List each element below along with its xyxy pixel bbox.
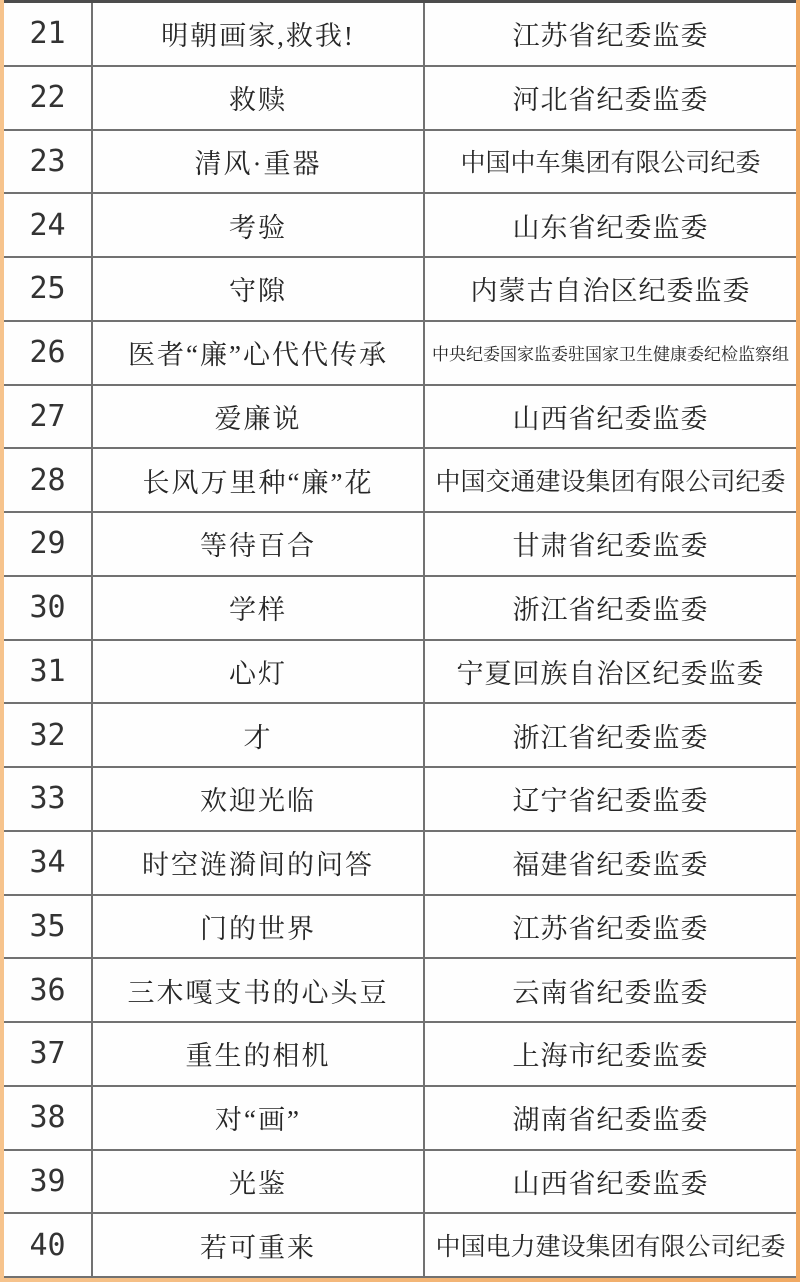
submitting-org: 云南省纪委监委 bbox=[513, 971, 709, 1010]
row-number-cell: 26 bbox=[4, 322, 93, 384]
work-title: 长风万里种“廉”花 bbox=[143, 461, 374, 500]
work-title-cell: 等待百合 bbox=[93, 513, 425, 575]
submitting-org: 浙江省纪委监委 bbox=[513, 588, 709, 627]
row-number-cell: 31 bbox=[4, 641, 93, 703]
work-title-cell: 欢迎光临 bbox=[93, 768, 425, 830]
submitting-org: 江苏省纪委监委 bbox=[513, 907, 709, 946]
submitting-org-cell: 中央纪委国家监委驻国家卫生健康委纪检监察组 bbox=[425, 322, 796, 384]
submitting-org-cell: 浙江省纪委监委 bbox=[425, 577, 796, 639]
row-number: 40 bbox=[29, 1228, 65, 1263]
work-title: 明朝画家,救我! bbox=[161, 14, 355, 53]
row-number: 39 bbox=[29, 1164, 65, 1199]
submitting-org-cell: 福建省纪委监委 bbox=[425, 832, 796, 894]
submitting-org-cell: 内蒙古自治区纪委监委 bbox=[425, 258, 796, 320]
submitting-org-cell: 云南省纪委监委 bbox=[425, 959, 796, 1021]
submitting-org-cell: 山西省纪委监委 bbox=[425, 386, 796, 448]
table-row: 23 清风·重器 中国中车集团有限公司纪委 bbox=[4, 131, 796, 195]
row-number-cell: 35 bbox=[4, 896, 93, 958]
submitting-org-cell: 湖南省纪委监委 bbox=[425, 1087, 796, 1149]
work-title-cell: 时空涟漪间的问答 bbox=[93, 832, 425, 894]
row-number-cell: 23 bbox=[4, 131, 93, 193]
work-title: 清风·重器 bbox=[195, 142, 322, 181]
table-row: 22 救赎 河北省纪委监委 bbox=[4, 67, 796, 131]
row-number-cell: 28 bbox=[4, 449, 93, 511]
work-title: 学样 bbox=[229, 588, 287, 627]
submitting-org-cell: 河北省纪委监委 bbox=[425, 67, 796, 129]
row-number-cell: 37 bbox=[4, 1023, 93, 1085]
submitting-org-cell: 山西省纪委监委 bbox=[425, 1151, 796, 1213]
work-title: 守隙 bbox=[229, 269, 287, 308]
table-row: 28 长风万里种“廉”花 中国交通建设集团有限公司纪委 bbox=[4, 449, 796, 513]
work-title: 等待百合 bbox=[200, 524, 316, 563]
work-title: 爱廉说 bbox=[215, 397, 302, 436]
submitting-org-cell: 中国电力建设集团有限公司纪委 bbox=[425, 1214, 796, 1276]
row-number-cell: 36 bbox=[4, 959, 93, 1021]
awards-table-page: 21 明朝画家,救我! 江苏省纪委监委 22 救赎 河北省纪委监委 23 清风·… bbox=[0, 0, 800, 1282]
table-row: 40 若可重来 中国电力建设集团有限公司纪委 bbox=[4, 1214, 796, 1278]
work-title-cell: 考验 bbox=[93, 194, 425, 256]
table-row: 26 医者“廉”心代代传承 中央纪委国家监委驻国家卫生健康委纪检监察组 bbox=[4, 322, 796, 386]
work-title: 救赎 bbox=[229, 78, 287, 117]
row-number: 23 bbox=[29, 144, 65, 179]
table-row: 38 对“画” 湖南省纪委监委 bbox=[4, 1087, 796, 1151]
table-row: 36 三木嘎支书的心头豆 云南省纪委监委 bbox=[4, 959, 796, 1023]
submitting-org: 上海市纪委监委 bbox=[513, 1034, 709, 1073]
submitting-org-cell: 上海市纪委监委 bbox=[425, 1023, 796, 1085]
submitting-org-cell: 甘肃省纪委监委 bbox=[425, 513, 796, 575]
row-number: 36 bbox=[29, 973, 65, 1008]
work-title-cell: 光鉴 bbox=[93, 1151, 425, 1213]
row-number: 31 bbox=[29, 654, 65, 689]
submitting-org: 中国交通建设集团有限公司纪委 bbox=[435, 462, 785, 498]
work-title-cell: 爱廉说 bbox=[93, 386, 425, 448]
row-number: 34 bbox=[29, 845, 65, 880]
row-number: 22 bbox=[29, 80, 65, 115]
row-number: 29 bbox=[29, 526, 65, 561]
work-title-cell: 医者“廉”心代代传承 bbox=[93, 322, 425, 384]
submitting-org: 中国中车集团有限公司纪委 bbox=[460, 143, 760, 179]
work-title-cell: 对“画” bbox=[93, 1087, 425, 1149]
row-number-cell: 33 bbox=[4, 768, 93, 830]
table-row: 25 守隙 内蒙古自治区纪委监委 bbox=[4, 258, 796, 322]
row-number: 30 bbox=[29, 590, 65, 625]
table-row: 35 门的世界 江苏省纪委监委 bbox=[4, 896, 796, 960]
row-number-cell: 40 bbox=[4, 1214, 93, 1276]
submitting-org: 中国电力建设集团有限公司纪委 bbox=[435, 1227, 785, 1263]
work-title: 考验 bbox=[229, 206, 287, 245]
work-title: 欢迎光临 bbox=[200, 779, 316, 818]
row-number-cell: 32 bbox=[4, 704, 93, 766]
row-number-cell: 39 bbox=[4, 1151, 93, 1213]
work-title: 三木嘎支书的心头豆 bbox=[128, 971, 389, 1010]
work-title: 心灯 bbox=[229, 652, 287, 691]
work-title: 若可重来 bbox=[200, 1226, 316, 1265]
submitting-org: 宁夏回族自治区纪委监委 bbox=[457, 652, 765, 691]
submitting-org: 中央纪委国家监委驻国家卫生健康委纪检监察组 bbox=[432, 340, 789, 365]
row-number: 37 bbox=[29, 1036, 65, 1071]
work-title-cell: 才 bbox=[93, 704, 425, 766]
table-row: 33 欢迎光临 辽宁省纪委监委 bbox=[4, 768, 796, 832]
submitting-org-cell: 中国交通建设集团有限公司纪委 bbox=[425, 449, 796, 511]
row-number-cell: 34 bbox=[4, 832, 93, 894]
table-row: 34 时空涟漪间的问答 福建省纪委监委 bbox=[4, 832, 796, 896]
work-title: 门的世界 bbox=[200, 907, 316, 946]
table-row: 32 才 浙江省纪委监委 bbox=[4, 704, 796, 768]
row-number: 35 bbox=[29, 909, 65, 944]
row-number: 38 bbox=[29, 1100, 65, 1135]
submitting-org: 内蒙古自治区纪委监委 bbox=[471, 269, 751, 308]
work-title-cell: 长风万里种“廉”花 bbox=[93, 449, 425, 511]
row-number-cell: 29 bbox=[4, 513, 93, 575]
table-row: 24 考验 山东省纪委监委 bbox=[4, 194, 796, 258]
submitting-org: 河北省纪委监委 bbox=[513, 78, 709, 117]
table-row: 37 重生的相机 上海市纪委监委 bbox=[4, 1023, 796, 1087]
work-title-cell: 救赎 bbox=[93, 67, 425, 129]
work-title: 时空涟漪间的问答 bbox=[142, 843, 374, 882]
row-number-cell: 24 bbox=[4, 194, 93, 256]
submitting-org-cell: 山东省纪委监委 bbox=[425, 194, 796, 256]
submitting-org: 福建省纪委监委 bbox=[513, 843, 709, 882]
row-number: 24 bbox=[29, 208, 65, 243]
table-row: 39 光鉴 山西省纪委监委 bbox=[4, 1151, 796, 1215]
work-title-cell: 学样 bbox=[93, 577, 425, 639]
awards-table: 21 明朝画家,救我! 江苏省纪委监委 22 救赎 河北省纪委监委 23 清风·… bbox=[4, 0, 796, 1278]
work-title-cell: 重生的相机 bbox=[93, 1023, 425, 1085]
row-number: 33 bbox=[29, 781, 65, 816]
row-number-cell: 25 bbox=[4, 258, 93, 320]
row-number-cell: 22 bbox=[4, 67, 93, 129]
submitting-org-cell: 江苏省纪委监委 bbox=[425, 3, 796, 65]
table-row: 29 等待百合 甘肃省纪委监委 bbox=[4, 513, 796, 577]
table-row: 27 爱廉说 山西省纪委监委 bbox=[4, 386, 796, 450]
work-title-cell: 明朝画家,救我! bbox=[93, 3, 425, 65]
work-title-cell: 若可重来 bbox=[93, 1214, 425, 1276]
submitting-org: 山西省纪委监委 bbox=[513, 397, 709, 436]
work-title: 医者“廉”心代代传承 bbox=[128, 333, 388, 372]
row-number: 27 bbox=[29, 399, 65, 434]
table-row: 30 学样 浙江省纪委监委 bbox=[4, 577, 796, 641]
submitting-org: 湖南省纪委监委 bbox=[513, 1098, 709, 1137]
submitting-org-cell: 辽宁省纪委监委 bbox=[425, 768, 796, 830]
row-number: 32 bbox=[29, 718, 65, 753]
work-title-cell: 清风·重器 bbox=[93, 131, 425, 193]
work-title: 对“画” bbox=[215, 1098, 301, 1137]
submitting-org: 山西省纪委监委 bbox=[513, 1162, 709, 1201]
row-number: 21 bbox=[29, 16, 65, 51]
row-number: 28 bbox=[29, 463, 65, 498]
row-number: 25 bbox=[29, 271, 65, 306]
table-row: 21 明朝画家,救我! 江苏省纪委监委 bbox=[4, 3, 796, 67]
work-title-cell: 守隙 bbox=[93, 258, 425, 320]
submitting-org: 甘肃省纪委监委 bbox=[513, 524, 709, 563]
submitting-org-cell: 中国中车集团有限公司纪委 bbox=[425, 131, 796, 193]
row-number-cell: 21 bbox=[4, 3, 93, 65]
work-title: 光鉴 bbox=[229, 1162, 287, 1201]
submitting-org: 山东省纪委监委 bbox=[513, 206, 709, 245]
submitting-org: 浙江省纪委监委 bbox=[513, 716, 709, 755]
row-number-cell: 30 bbox=[4, 577, 93, 639]
work-title-cell: 门的世界 bbox=[93, 896, 425, 958]
work-title-cell: 三木嘎支书的心头豆 bbox=[93, 959, 425, 1021]
work-title: 重生的相机 bbox=[186, 1034, 331, 1073]
submitting-org: 辽宁省纪委监委 bbox=[513, 779, 709, 818]
work-title-cell: 心灯 bbox=[93, 641, 425, 703]
submitting-org-cell: 江苏省纪委监委 bbox=[425, 896, 796, 958]
work-title: 才 bbox=[244, 716, 273, 755]
row-number-cell: 38 bbox=[4, 1087, 93, 1149]
row-number-cell: 27 bbox=[4, 386, 93, 448]
row-number: 26 bbox=[29, 335, 65, 370]
submitting-org-cell: 宁夏回族自治区纪委监委 bbox=[425, 641, 796, 703]
submitting-org: 江苏省纪委监委 bbox=[513, 14, 709, 53]
table-row: 31 心灯 宁夏回族自治区纪委监委 bbox=[4, 641, 796, 705]
submitting-org-cell: 浙江省纪委监委 bbox=[425, 704, 796, 766]
